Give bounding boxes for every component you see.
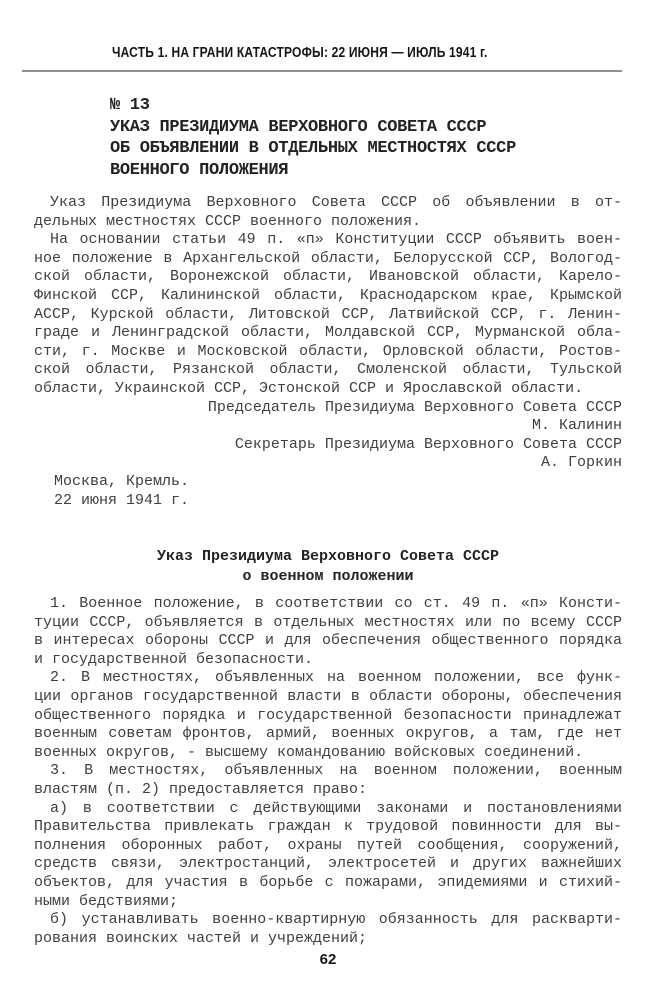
text-line: военным советам фронтов, армий, военных …	[34, 725, 622, 744]
text-line: области, Украинской ССР, Эстонской ССР и…	[34, 380, 622, 399]
scanned-book-page: ЧАСТЬ 1. НА ГРАНИ КАТАСТРОФЫ: 22 ИЮНЯ — …	[0, 0, 656, 990]
text-line: ное положение в Архангельской области, Б…	[34, 250, 622, 269]
text-line: дельных местностях СССР военного положен…	[34, 213, 622, 232]
document1-title-block: № 13 УКАЗ ПРЕЗИДИУМА ВЕРХОВНОГО СОВЕТА С…	[110, 95, 622, 181]
signature-role: Секретарь Президиума Верховного Совета С…	[34, 436, 622, 455]
text-line: а) в соответствии с действующими законам…	[34, 800, 622, 819]
text-line: ской области, Воронежской области, Ивано…	[34, 268, 622, 287]
text-line: 3. В местностях, объявленных на военном …	[34, 762, 622, 781]
text-line: и государственной безопасности.	[34, 651, 622, 670]
text-line: 2. В местностях, объявленных на военном …	[34, 669, 622, 688]
text-line: АССР, Курской области, Литовской ССР, Ла…	[34, 306, 622, 325]
header-rule	[22, 70, 622, 72]
title-line: ВОЕННОГО ПОЛОЖЕНИЯ	[110, 160, 622, 182]
text-line: туции СССР, объявляется в отдельных мест…	[34, 614, 622, 633]
page-number: 62	[0, 951, 656, 968]
text-line: средств связи, электростанций, электросе…	[34, 855, 622, 874]
date-line: 22 июня 1941 г.	[34, 492, 622, 511]
document2-title-block: Указ Президиума Верховного Совета СССРо …	[34, 547, 622, 587]
signature-block: Председатель Президиума Верховного Совет…	[34, 399, 622, 473]
place-date-block: Москва, Кремль. 22 июня 1941 г.	[34, 473, 622, 510]
text-line: полнения оборонных работ, охраны путей с…	[34, 837, 622, 856]
paragraph: 1. Военное положение, в соответствии со …	[34, 595, 622, 669]
document1-title-lines: УКАЗ ПРЕЗИДИУМА ВЕРХОВНОГО СОВЕТА СССРОБ…	[110, 117, 622, 182]
running-header: ЧАСТЬ 1. НА ГРАНИ КАТАСТРОФЫ: 22 ИЮНЯ — …	[112, 45, 487, 61]
text-line: Финской ССР, Калининской области, Красно…	[34, 287, 622, 306]
document2-body: 1. Военное положение, в соответствии со …	[34, 595, 622, 948]
signature-name: М. Калинин	[34, 417, 622, 436]
title-line: ОБ ОБЪЯВЛЕНИИ В ОТДЕЛЬНЫХ МЕСТНОСТЯХ ССС…	[110, 138, 622, 160]
text-line: ской области, Рязанской области, Смоленс…	[34, 361, 622, 380]
signature-name: А. Горкин	[34, 454, 622, 473]
document1-body: Указ Президиума Верховного Совета СССР о…	[34, 194, 622, 399]
text-line: Правительства привлекать граждан к трудо…	[34, 818, 622, 837]
text-line: общественного порядка и государственной …	[34, 707, 622, 726]
page-content: № 13 УКАЗ ПРЕЗИДИУМА ВЕРХОВНОГО СОВЕТА С…	[34, 95, 622, 948]
text-line: ными бедствиями;	[34, 893, 622, 912]
paragraph: Указ Президиума Верховного Совета СССР о…	[34, 194, 622, 231]
paragraph: б) устанавливать военно-квартирную обяза…	[34, 911, 622, 948]
title-line: Указ Президиума Верховного Совета СССР	[34, 547, 622, 567]
text-line: властям (п. 2) предоставляется право:	[34, 781, 622, 800]
paragraph: 2. В местностях, объявленных на военном …	[34, 669, 622, 762]
signature-role: Председатель Президиума Верховного Совет…	[34, 399, 622, 418]
text-line: ции органов государственной власти в обл…	[34, 688, 622, 707]
text-line: 1. Военное положение, в соответствии со …	[34, 595, 622, 614]
text-line: сти, г. Москве и Московской области, Орл…	[34, 343, 622, 362]
paragraph: 3. В местностях, объявленных на военном …	[34, 762, 622, 799]
text-line: б) устанавливать военно-квартирную обяза…	[34, 911, 622, 930]
running-header-text: ЧАСТЬ 1. НА ГРАНИ КАТАСТРОФЫ: 22 ИЮНЯ — …	[112, 45, 487, 61]
title-line: УКАЗ ПРЕЗИДИУМА ВЕРХОВНОГО СОВЕТА СССР	[110, 117, 622, 139]
text-line: Указ Президиума Верховного Совета СССР о…	[34, 194, 622, 213]
place-line: Москва, Кремль.	[34, 473, 622, 492]
paragraph: а) в соответствии с действующими законам…	[34, 800, 622, 912]
text-line: военных округов, - высшему командованию …	[34, 744, 622, 763]
text-line: рования воинских частей и учреждений;	[34, 930, 622, 949]
text-line: объектов, для участия в борьбе с пожарам…	[34, 874, 622, 893]
document-number: № 13	[110, 95, 622, 117]
text-line: в интересах обороны СССР и для обеспечен…	[34, 632, 622, 651]
text-line: граде и Ленинградской области, Молдавско…	[34, 324, 622, 343]
text-line: На основании статьи 49 п. «п» Конституци…	[34, 231, 622, 250]
paragraph: На основании статьи 49 п. «п» Конституци…	[34, 231, 622, 398]
title-line: о военном положении	[34, 567, 622, 587]
